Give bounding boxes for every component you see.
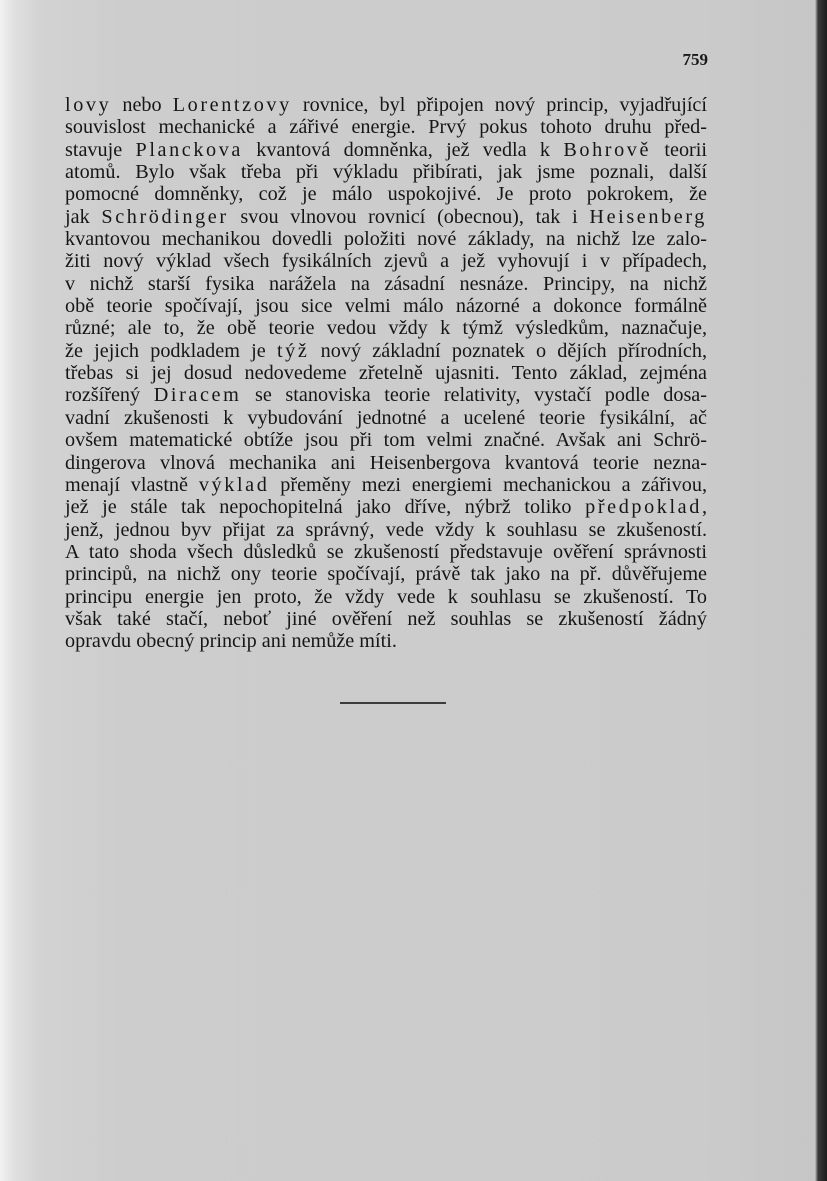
text-segment: vadní zkušenosti k vybudování jednotné a… (65, 407, 707, 429)
text-line: jež je stále tak nepochopitelná jako dří… (65, 496, 707, 518)
text-line: atomů. Bylo však třeba při výkladu přibí… (65, 161, 707, 183)
text-segment: souvislost mechanické a zářivé energie. … (65, 116, 707, 138)
text-segment: , (702, 496, 707, 518)
text-line: rozšířený Diracem se stanoviska teorie r… (65, 384, 707, 406)
text-line: jenž, jednou byv přijat za správný, vede… (65, 519, 707, 541)
text-line: pomocné domněnky, což je málo uspokojivé… (65, 183, 707, 205)
text-line: dingerova vlnová mechanika ani Heisenber… (65, 452, 707, 474)
emphasized-word: Planckova (136, 139, 244, 161)
text-segment: rozšířený (65, 384, 154, 406)
text-line: třebas si jej dosud nedovedeme zřetelně … (65, 362, 707, 384)
text-segment: přeměny mezi energiemi mechanickou a zář… (269, 474, 707, 496)
text-segment: třebas si jej dosud nedovedeme zřetelně … (65, 362, 707, 384)
text-line: jak Schrödinger svou vlnovou rovnicí (ob… (65, 206, 707, 228)
text-line: principů, na nichž ony teorie spočívají,… (65, 563, 707, 585)
text-segment: atomů. Bylo však třeba při výkladu přibí… (65, 161, 707, 183)
text-segment: ovšem matematické obtíže jsou při tom ve… (65, 429, 707, 451)
text-segment: nový základní poznatek o dějích přírodní… (309, 340, 707, 362)
text-segment: že jejich podkladem je (65, 340, 277, 362)
text-segment: různé; ale to, že obě teorie vedou vždy … (65, 317, 707, 339)
emphasized-word: Diracem (154, 384, 242, 406)
text-segment: jak (65, 206, 101, 228)
text-segment: opravdu obecný princip ani nemůže míti. (65, 630, 397, 652)
text-segment: A tato shoda všech důsledků se zkušenost… (65, 541, 707, 563)
text-line: souvislost mechanické a zářivé energie. … (65, 116, 707, 138)
text-line: žiti nový výklad všech fysikálních zjevů… (65, 250, 707, 272)
text-line: A tato shoda všech důsledků se zkušenost… (65, 541, 707, 563)
text-segment: žiti nový výklad všech fysikálních zjevů… (65, 250, 707, 272)
text-segment: jenž, jednou byv přijat za správný, vede… (65, 519, 707, 541)
text-segment: kvantová domněnka, jež vedla k (243, 139, 563, 161)
text-line: principu energie jen proto, že vždy vede… (65, 586, 707, 608)
text-line: menají vlastně výklad přeměny mezi energ… (65, 474, 707, 496)
text-line: různé; ale to, že obě teorie vedou vždy … (65, 317, 707, 339)
text-segment: principu energie jen proto, že vždy vede… (65, 586, 707, 608)
emphasized-word: Heisenberg (589, 206, 707, 228)
text-line: stavuje Planckova kvantová domněnka, jež… (65, 139, 707, 161)
text-line: ovšem matematické obtíže jsou při tom ve… (65, 429, 707, 451)
book-page: 759 lovy nebo Lorentzovy rovnice, byl př… (0, 0, 827, 1181)
text-segment: teorii (651, 139, 707, 161)
text-line: vadní zkušenosti k vybudování jednotné a… (65, 407, 707, 429)
text-segment: se stanoviska teorie relativity, vystačí… (241, 384, 707, 406)
text-segment: však také stačí, neboť jiné ověření než … (65, 608, 707, 630)
text-line: však také stačí, neboť jiné ověření než … (65, 608, 707, 630)
text-segment: rovnice, byl připojen nový princip, vyja… (292, 94, 707, 116)
section-separator-rule (340, 702, 446, 704)
emphasized-word: předpoklad (585, 496, 702, 518)
emphasized-word: Bohrově (563, 139, 651, 161)
text-segment: jež je stále tak nepochopitelná jako dří… (65, 496, 585, 518)
emphasized-word: lovy (65, 94, 111, 116)
text-line: v nichž starší fysika narážela na zásadn… (65, 273, 707, 295)
emphasized-word: Schrödinger (101, 206, 228, 228)
emphasized-word: týž (277, 340, 309, 362)
text-segment: stavuje (65, 139, 136, 161)
text-line: obě teorie spočívají, jsou sice velmi má… (65, 295, 707, 317)
text-segment: kvantovou mechanikou dovedli položiti no… (65, 228, 707, 250)
page-number: 759 (672, 50, 708, 70)
text-segment: menají vlastně (65, 474, 199, 496)
text-line: lovy nebo Lorentzovy rovnice, byl připoj… (65, 94, 707, 116)
body-paragraph: lovy nebo Lorentzovy rovnice, byl připoj… (65, 94, 707, 653)
text-segment: principů, na nichž ony teorie spočívají,… (65, 563, 707, 585)
text-segment: v nichž starší fysika narážela na zásadn… (65, 273, 707, 295)
text-segment: svou vlnovou rovnicí (obecnou), tak i (229, 206, 590, 228)
emphasized-word: výklad (199, 474, 270, 496)
text-segment: nebo (111, 94, 172, 116)
emphasized-word: Lorentzovy (173, 94, 292, 116)
text-segment: obě teorie spočívají, jsou sice velmi má… (65, 295, 707, 317)
text-line: že jejich podkladem je týž nový základní… (65, 340, 707, 362)
text-line: kvantovou mechanikou dovedli položiti no… (65, 228, 707, 250)
text-line: opravdu obecný princip ani nemůže míti. (65, 630, 707, 652)
text-segment: dingerova vlnová mechanika ani Heisenber… (65, 452, 707, 474)
text-segment: pomocné domněnky, což je málo uspokojivé… (65, 183, 707, 205)
